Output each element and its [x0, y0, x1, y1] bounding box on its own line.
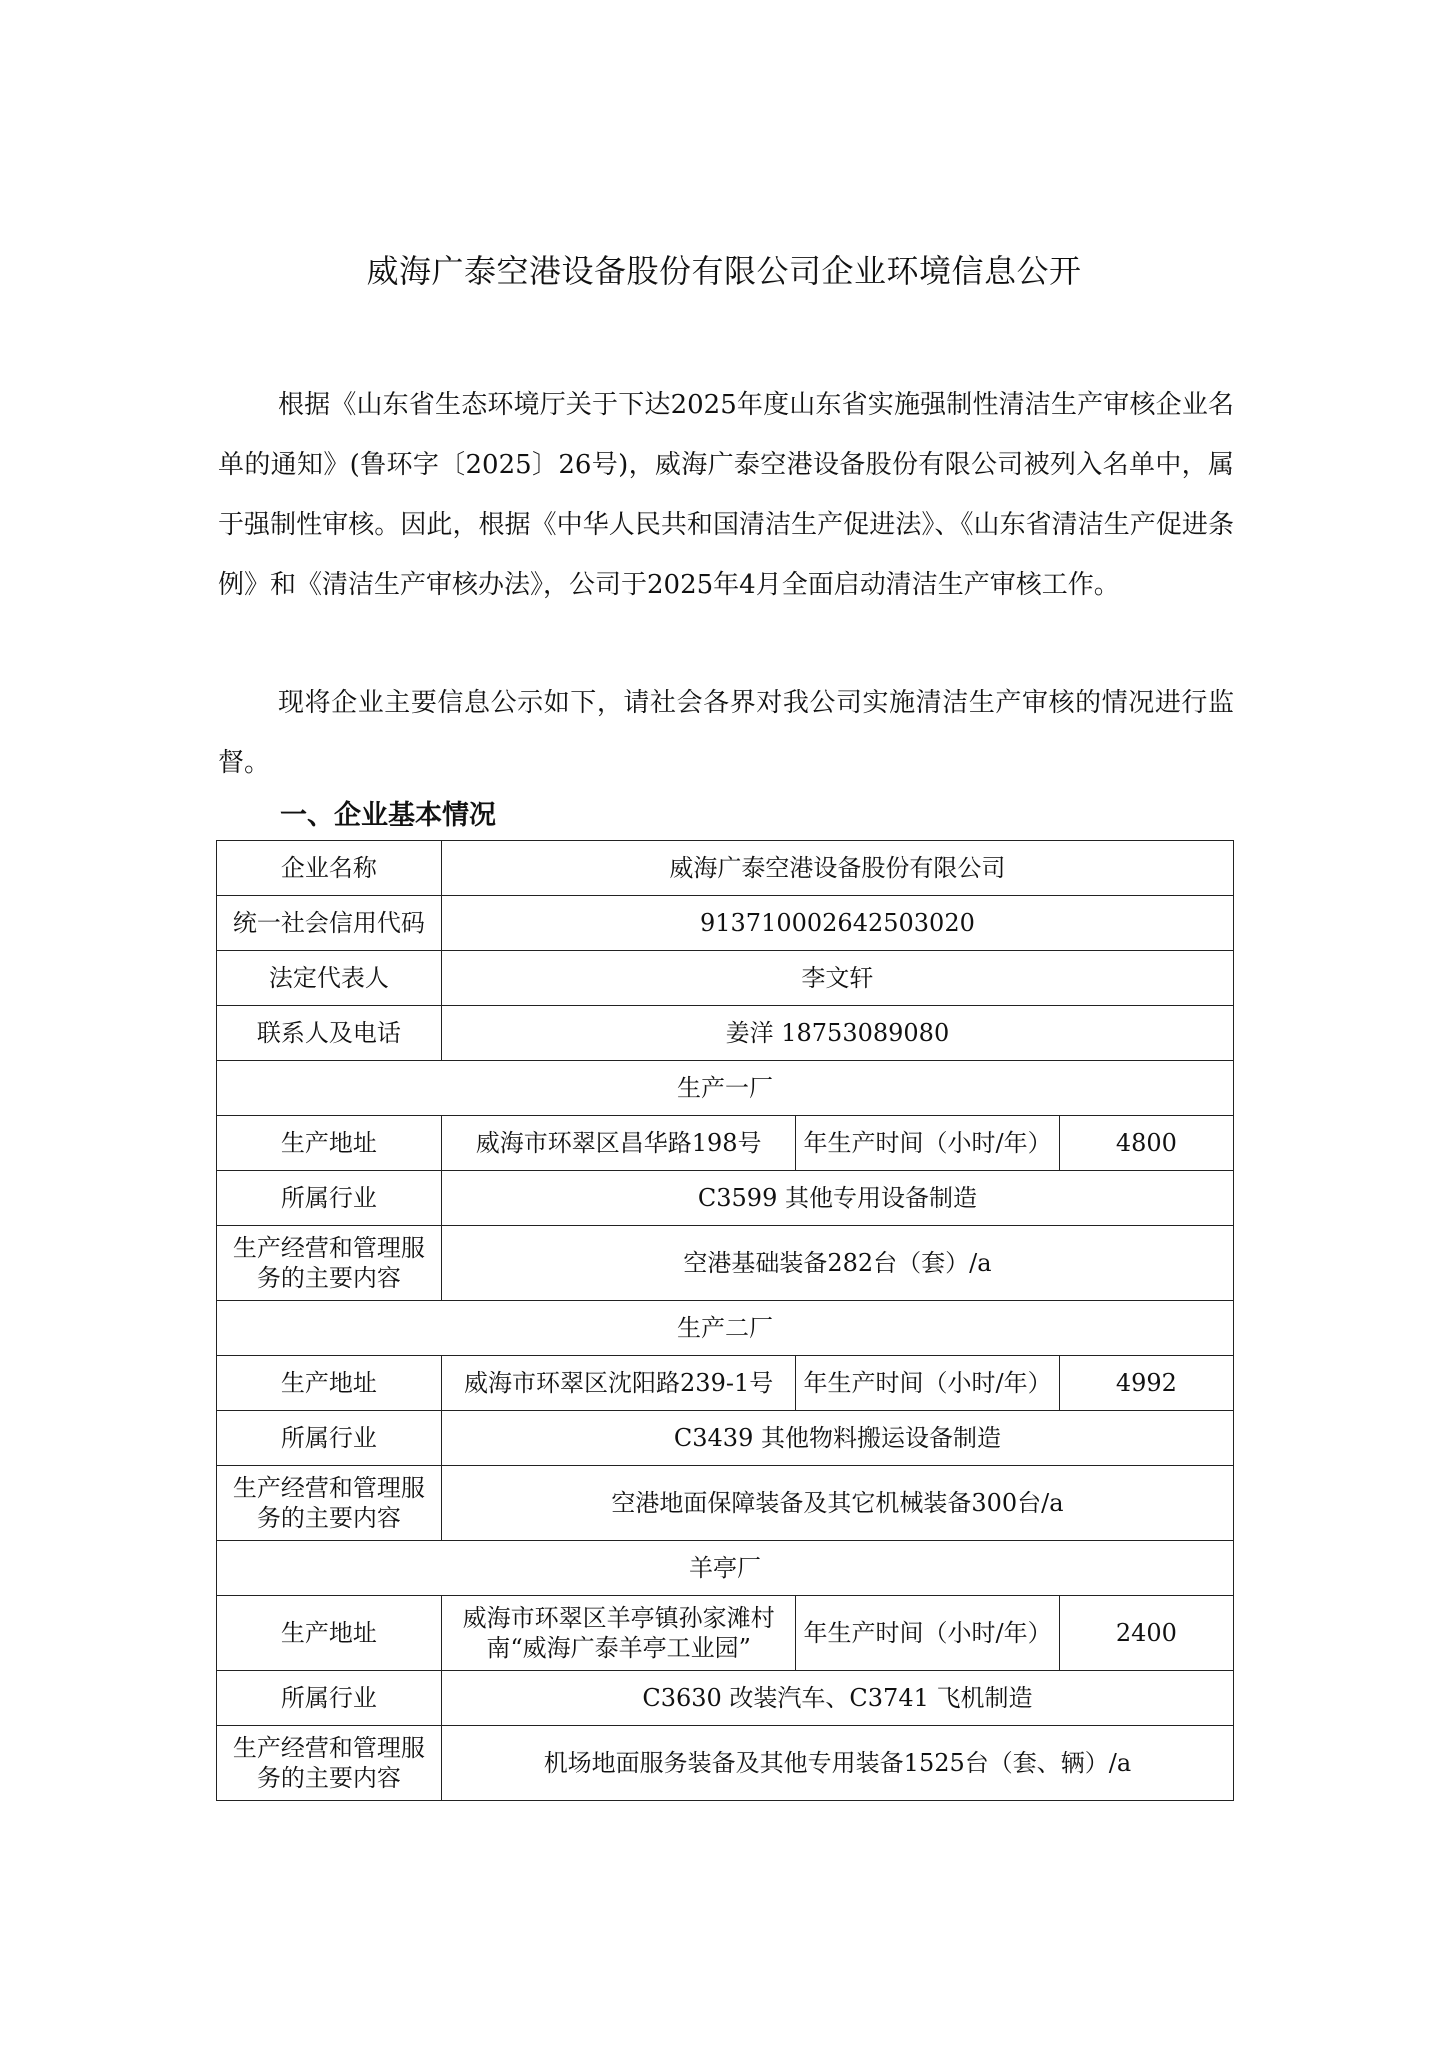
main-business-label: 生产经营和管理服务的主要内容	[217, 1466, 442, 1541]
intro-paragraph: 根据《山东省生态环境厅关于下达2025年度山东省实施强制性清洁生产审核企业名单的…	[218, 375, 1234, 615]
annual-hours-label: 年生产时间（小时/年）	[796, 1356, 1059, 1411]
annual-hours-label: 年生产时间（小时/年）	[796, 1596, 1059, 1671]
contact-value: 姜洋 18753089080	[441, 1006, 1233, 1061]
table-row: 生产地址 威海市环翠区昌华路198号 年生产时间（小时/年） 4800	[217, 1116, 1234, 1171]
contact-label: 联系人及电话	[217, 1006, 442, 1061]
section-heading: 一、企业基本情况	[280, 793, 496, 832]
document-title: 威海广泰空港设备股份有限公司企业环境信息公开	[0, 246, 1448, 292]
industry-value: C3630 改装汽车、C3741 飞机制造	[441, 1671, 1233, 1726]
table-row: 所属行业 C3630 改装汽车、C3741 飞机制造	[217, 1671, 1234, 1726]
table-row: 联系人及电话 姜洋 18753089080	[217, 1006, 1234, 1061]
annual-hours-value: 4992	[1059, 1356, 1233, 1411]
company-name-value: 威海广泰空港设备股份有限公司	[441, 841, 1233, 896]
table-row: 所属行业 C3439 其他物料搬运设备制造	[217, 1411, 1234, 1466]
industry-value: C3439 其他物料搬运设备制造	[441, 1411, 1233, 1466]
company-info-table: 企业名称 威海广泰空港设备股份有限公司 统一社会信用代码 91371000264…	[216, 840, 1234, 1801]
annual-hours-label: 年生产时间（小时/年）	[796, 1116, 1059, 1171]
notice-paragraph: 现将企业主要信息公示如下，请社会各界对我公司实施清洁生产审核的情况进行监督。	[218, 673, 1234, 793]
plant-name: 生产二厂	[217, 1301, 1234, 1356]
industry-value: C3599 其他专用设备制造	[441, 1171, 1233, 1226]
legal-rep-value: 李文轩	[441, 951, 1233, 1006]
company-name-label: 企业名称	[217, 841, 442, 896]
plant-name: 羊亭厂	[217, 1541, 1234, 1596]
credit-code-value: 913710002642503020	[441, 896, 1233, 951]
address-value: 威海市环翠区昌华路198号	[441, 1116, 796, 1171]
annual-hours-value: 4800	[1059, 1116, 1233, 1171]
main-business-label: 生产经营和管理服务的主要内容	[217, 1226, 442, 1301]
table-row: 生产地址 威海市环翠区沈阳路239-1号 年生产时间（小时/年） 4992	[217, 1356, 1234, 1411]
main-business-label: 生产经营和管理服务的主要内容	[217, 1726, 442, 1801]
address-label: 生产地址	[217, 1116, 442, 1171]
address-label: 生产地址	[217, 1356, 442, 1411]
table-row: 生产二厂	[217, 1301, 1234, 1356]
industry-label: 所属行业	[217, 1411, 442, 1466]
table-row: 生产一厂	[217, 1061, 1234, 1116]
legal-rep-label: 法定代表人	[217, 951, 442, 1006]
table-row: 羊亭厂	[217, 1541, 1234, 1596]
address-value: 威海市环翠区沈阳路239-1号	[441, 1356, 796, 1411]
address-value: 威海市环翠区羊亭镇孙家滩村南“威海广泰羊亭工业园”	[441, 1596, 796, 1671]
table-row: 统一社会信用代码 913710002642503020	[217, 896, 1234, 951]
table-row: 生产经营和管理服务的主要内容 空港基础装备282台（套）/a	[217, 1226, 1234, 1301]
table-row: 生产地址 威海市环翠区羊亭镇孙家滩村南“威海广泰羊亭工业园” 年生产时间（小时/…	[217, 1596, 1234, 1671]
table-row: 企业名称 威海广泰空港设备股份有限公司	[217, 841, 1234, 896]
main-business-value: 机场地面服务装备及其他专用装备1525台（套、辆）/a	[441, 1726, 1233, 1801]
credit-code-label: 统一社会信用代码	[217, 896, 442, 951]
address-label: 生产地址	[217, 1596, 442, 1671]
table-row: 生产经营和管理服务的主要内容 空港地面保障装备及其它机械装备300台/a	[217, 1466, 1234, 1541]
industry-label: 所属行业	[217, 1671, 442, 1726]
table-row: 法定代表人 李文轩	[217, 951, 1234, 1006]
table-row: 生产经营和管理服务的主要内容 机场地面服务装备及其他专用装备1525台（套、辆）…	[217, 1726, 1234, 1801]
main-business-value: 空港基础装备282台（套）/a	[441, 1226, 1233, 1301]
annual-hours-value: 2400	[1059, 1596, 1233, 1671]
table-row: 所属行业 C3599 其他专用设备制造	[217, 1171, 1234, 1226]
plant-name: 生产一厂	[217, 1061, 1234, 1116]
main-business-value: 空港地面保障装备及其它机械装备300台/a	[441, 1466, 1233, 1541]
industry-label: 所属行业	[217, 1171, 442, 1226]
